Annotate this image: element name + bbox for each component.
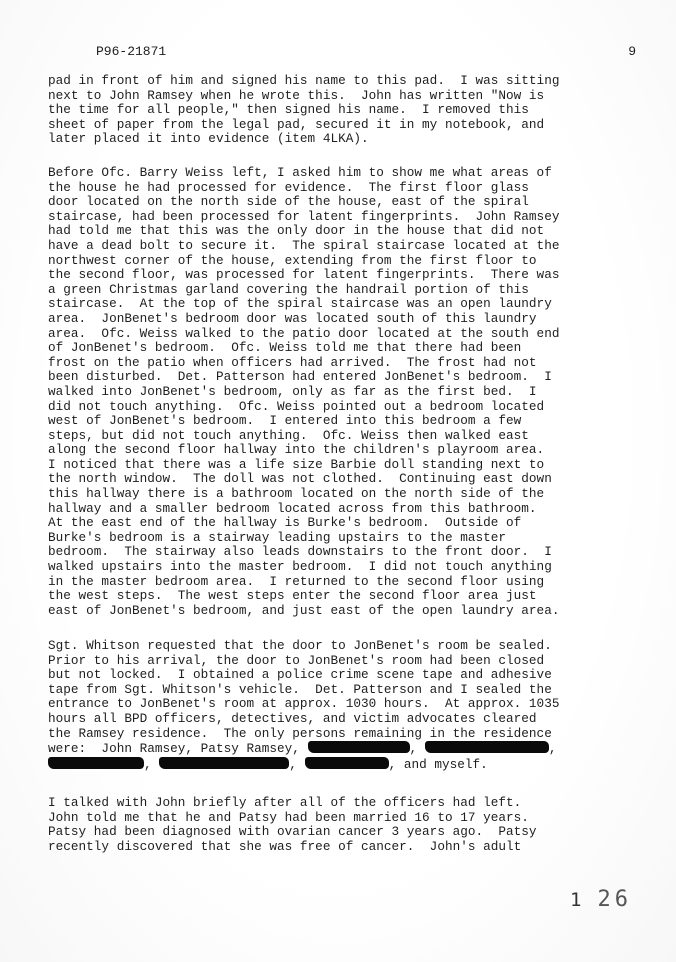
persons-line-1: were: John Ramsey, Patsy Ramsey, , , [48,741,638,757]
redaction-bar [305,757,389,769]
text-line: staircase. At the top of the spiral stai… [48,297,638,312]
text-line: pad in front of him and signed his name … [48,74,638,89]
stamp-number: 26 [598,887,633,912]
text-line: but not locked. I obtained a police crim… [48,668,638,683]
text-line: the west steps. The west steps enter the… [48,589,638,604]
text-line: Patsy had been diagnosed with ovarian ca… [48,825,638,840]
text-line: in the master bedroom area. I returned t… [48,575,638,590]
text-line: the house he had processed for evidence.… [48,181,638,196]
text-line: I talked with John briefly after all of … [48,796,638,811]
text-line: of JonBenet's bedroom. Ofc. Weiss told m… [48,341,638,356]
persons-line-2: , , , and myself. [48,757,638,773]
text-line: area. JonBenet's bedroom door was locate… [48,312,638,327]
text-line: did not touch anything. Ofc. Weiss point… [48,400,638,415]
persons-list-prefix: were: John Ramsey, Patsy Ramsey, [48,741,308,756]
text-line: Prior to his arrival, the door to JonBen… [48,654,638,669]
text-line: area. Ofc. Weiss walked to the patio doo… [48,327,638,342]
text-line: frost on the patio when officers had arr… [48,356,638,371]
document-page: P96-21871 9 pad in front of him and sign… [0,0,676,962]
text-line: northwest corner of the house, extending… [48,254,638,269]
text-line: John told me that he and Patsy had been … [48,811,638,826]
text-line: the time for all people," then signed hi… [48,103,638,118]
text-line: hours all BPD officers, detectives, and … [48,712,638,727]
paragraph-1: pad in front of him and signed his name … [48,74,638,147]
text-line: walked upstairs into the master bedroom.… [48,560,638,575]
text-line: been disturbed. Det. Patterson had enter… [48,370,638,385]
text-line: next to John Ramsey when he wrote this. … [48,89,638,104]
text-line: hallway and a smaller bedroom located ac… [48,502,638,517]
text-line: a green Christmas garland covering the h… [48,283,638,298]
text-line: staircase, had been processed for latent… [48,210,638,225]
text-line: At the east end of the hallway is Burke'… [48,516,638,531]
stamp-prefix: 1 [570,889,585,911]
text-line: tape from Sgt. Whitson's vehicle. Det. P… [48,683,638,698]
text-line: steps, but did not touch anything. Ofc. … [48,429,638,444]
text-line: west of JonBenet's bedroom. I entered in… [48,414,638,429]
text-line: this hallway there is a bathroom located… [48,487,638,502]
text-line: along the second floor hallway into the … [48,443,638,458]
text-line: the Ramsey residence. The only persons r… [48,727,638,742]
redaction-bar [48,757,144,769]
text-line: Sgt. Whitson requested that the door to … [48,639,638,654]
page-header: P96-21871 9 [96,44,636,60]
text-line: Before Ofc. Barry Weiss left, I asked hi… [48,166,638,181]
text-line: bedroom. The stairway also leads downsta… [48,545,638,560]
redaction-bar [308,741,410,753]
text-line: walked into JonBenet's bedroom, only as … [48,385,638,400]
text-line: had told me that this was the only door … [48,224,638,239]
text-line: sheet of paper from the legal pad, secur… [48,118,638,133]
text-line: Burke's bedroom is a stairway leading up… [48,531,638,546]
case-number: P96-21871 [96,44,166,59]
page-number: 9 [628,44,636,59]
paragraph-3: Sgt. Whitson requested that the door to … [48,639,638,772]
text-line: have a dead bolt to secure it. The spira… [48,239,638,254]
text-line: I noticed that there was a life size Bar… [48,458,638,473]
paragraph-4: I talked with John briefly after all of … [48,796,638,854]
text-line: door located on the north side of the ho… [48,195,638,210]
text-line: later placed it into evidence (item 4LKA… [48,132,638,147]
bates-stamp: 126 [570,887,632,912]
text-line: recently discovered that she was free of… [48,840,638,855]
paragraph-2: Before Ofc. Barry Weiss left, I asked hi… [48,166,638,618]
redaction-bar [425,741,549,753]
text-line: east of JonBenet's bedroom, and just eas… [48,604,638,619]
redaction-bar [159,757,289,769]
text-line: the north window. The doll was not cloth… [48,472,638,487]
persons-list-end: , and myself. [389,757,488,772]
text-line: the second floor, was processed for late… [48,268,638,283]
text-line: entrance to JonBenet's room at approx. 1… [48,697,638,712]
